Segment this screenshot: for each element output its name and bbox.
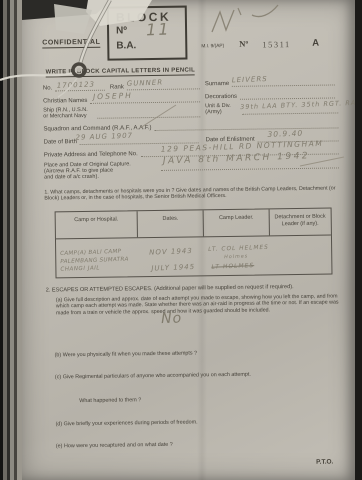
stamp-block-letters: B.A.: [116, 40, 136, 51]
field-surname-value: LEIVERS: [232, 75, 268, 84]
unit-answer-line: [242, 110, 338, 114]
photograph-of-pow-form: CONFIDENTIAL BLOCK Nº B.A. 11 M.I. 9/(AP…: [0, 0, 362, 480]
serial-number: 15311: [262, 39, 291, 49]
field-surname-label: Surname: [205, 81, 229, 87]
confidential-marking: CONFIDENTIAL: [42, 39, 100, 49]
th-dates: Dates.: [138, 210, 205, 237]
field-address-label: Private Address and Telephone No.: [44, 151, 138, 158]
form-sheet: CONFIDENTIAL BLOCK Nº B.A. 11 M.I. 9/(AP…: [22, 0, 355, 480]
block-number-stamp: BLOCK Nº B.A. 11: [107, 6, 188, 61]
camp-row2: PALEMBANG SUMATRA: [60, 257, 129, 266]
camps-table-header-row: Camp or Hospital. Dates. Camp Leader. De…: [56, 209, 331, 240]
field-no-value: 1700123: [57, 80, 95, 89]
escape-answer-no: No: [161, 310, 183, 327]
field-decorations: Decorations: [205, 92, 335, 100]
leader-row3-struck: LT HOLMES: [211, 262, 254, 271]
section2-item-a: (a) Give full description and approx. da…: [56, 293, 344, 316]
pencil-instruction-heading: WRITE IN BLOCK CAPITAL LETTERS IN PENCIL: [46, 67, 196, 77]
camp-row1: CAMP(A) BALI CAMP: [60, 249, 121, 257]
th-detachment-leader: Detachment or Block Leader (if any).: [269, 209, 331, 236]
dates-row3: JULY 1945: [151, 263, 195, 273]
question1-text: 1. What camps, detachments or hospitals …: [44, 185, 344, 202]
pto-marking: P.T.O.: [316, 459, 333, 466]
th-camp-or-hospital: Camp or Hospital.: [56, 211, 138, 238]
field-surname: Surname: [205, 79, 335, 87]
leader-row1: LT. COL HELMES: [208, 245, 269, 253]
field-christian-names-value: JOSEPH: [93, 91, 133, 101]
camps-table: Camp or Hospital. Dates. Camp Leader. De…: [55, 208, 333, 279]
series-letter: A: [312, 38, 319, 49]
serial-no-abbrev: Nº: [239, 39, 248, 49]
section2-item-c2: What happened to them ?: [79, 397, 141, 404]
camps-table-body: CAMP(A) BALI CAMP PALEMBANG SUMATRA CHAN…: [56, 236, 332, 278]
field-dob-label: Date of Birth: [44, 139, 77, 145]
section2-item-d: (d) Give briefly your experiences during…: [56, 419, 198, 427]
field-decorations-label: Decorations: [205, 94, 237, 100]
field-ship-label-line2: or Merchant Navy: [43, 113, 86, 120]
capture-label-line3: and date of a/c crash).: [44, 174, 99, 181]
mi9-reference: M.I. 9/(AP): [201, 44, 224, 49]
section2-item-b: (b) Were you physically fit when you mad…: [55, 350, 198, 358]
handwritten-block-number: 11: [146, 19, 171, 39]
section2-item-e: (e) How were you recaptured and on what …: [56, 442, 173, 450]
field-squadron-label: Squadron and Command (R.A.F., A.A.F.): [43, 125, 151, 133]
field-unit-value: 39th LAA BTY. 35th RGT. RA: [240, 99, 356, 111]
field-unit-label-line2: (Army): [205, 109, 222, 115]
leader-row2: Holmes: [224, 254, 248, 260]
stamp-no-abbrev: Nº: [116, 25, 127, 36]
section2-item-c: (c) Give Regimental particulars of anyon…: [55, 372, 251, 381]
camp-row3: CHANGI JAIL: [60, 265, 100, 272]
capture-answer-line: [161, 165, 339, 170]
dates-row1: NOV 1943: [149, 247, 193, 257]
field-christian-names-label: Christian Names: [43, 98, 87, 105]
field-rank-value: GUNNER: [127, 78, 164, 87]
field-rank-label: Rank: [110, 84, 124, 90]
ship-answer-line: [97, 114, 200, 118]
field-no-label: No.: [43, 85, 52, 91]
th-camp-leader: Camp Leader.: [204, 209, 270, 236]
field-enlistment-value: 30.9.40: [267, 129, 303, 139]
section2-heading: 2. ESCAPES OR ATTEMPTED ESCAPES. (Additi…: [46, 283, 346, 293]
